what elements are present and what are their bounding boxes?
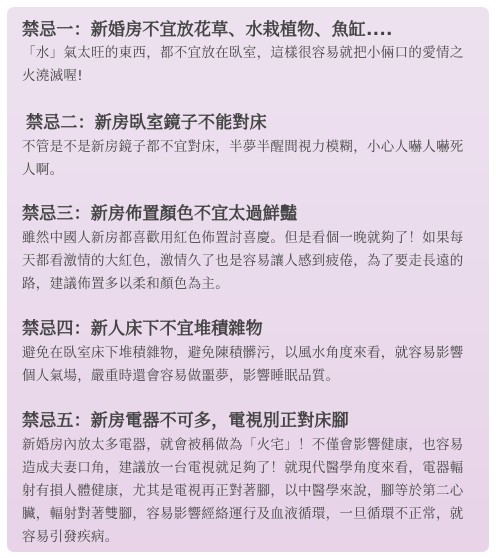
taboo-section-1: 禁忌一：新婚房不宜放花草、水栽植物、魚缸.... 「水」氣太旺的東西，都不宜放在… <box>22 19 475 88</box>
taboo-body-4: 避免在臥室床下堆積雜物，避免陳積髒污，以風水角度來看，就容易影響個人氣場，嚴重時… <box>22 342 475 388</box>
taboo-title-1: 禁忌一：新婚房不宜放花草、水栽植物、魚缸.... <box>22 19 475 41</box>
taboo-card: 禁忌一：新婚房不宜放花草、水栽植物、魚缸.... 「水」氣太旺的東西，都不宜放在… <box>7 7 489 552</box>
taboo-section-3: 禁忌三：新房佈置顏色不宜太過鮮豔 雖然中國人新房都喜歡用紅色佈置討喜慶。但是看個… <box>22 203 475 296</box>
taboo-section-2: 禁忌二：新房臥室鏡子不能對床 不管是不是新房鏡子都不宜對床，半夢半醒間視力模糊，… <box>22 112 475 182</box>
taboo-title-5: 禁忌五：新房電器不可多，電視別正對床腳 <box>22 410 475 432</box>
taboo-title-4: 禁忌四：新人床下不宜堆積雜物 <box>22 318 475 340</box>
taboo-body-5: 新婚房內放太多電器，就會被稱做為「火宅」！不僅會影響健康，也容易造成夫妻口角，建… <box>22 434 475 549</box>
taboo-body-1: 「水」氣太旺的東西，都不宜放在臥室，這樣很容易就把小倆口的愛情之火澆滅喔! <box>22 42 475 88</box>
taboo-body-3: 雖然中國人新房都喜歡用紅色佈置討喜慶。但是看個一晚就夠了！如果每天都看激情的大紅… <box>22 227 475 296</box>
taboo-body-2: 不管是不是新房鏡子都不宜對床，半夢半醒間視力模糊，小心人嚇人嚇死人啊。 <box>22 136 475 182</box>
taboo-title-3: 禁忌三：新房佈置顏色不宜太過鮮豔 <box>22 203 475 225</box>
taboo-section-4: 禁忌四：新人床下不宜堆積雜物 避免在臥室床下堆積雜物，避免陳積髒污，以風水角度來… <box>22 318 475 388</box>
taboo-section-5: 禁忌五：新房電器不可多，電視別正對床腳 新婚房內放太多電器，就會被稱做為「火宅」… <box>22 410 475 549</box>
taboo-title-2: 禁忌二：新房臥室鏡子不能對床 <box>22 112 475 134</box>
